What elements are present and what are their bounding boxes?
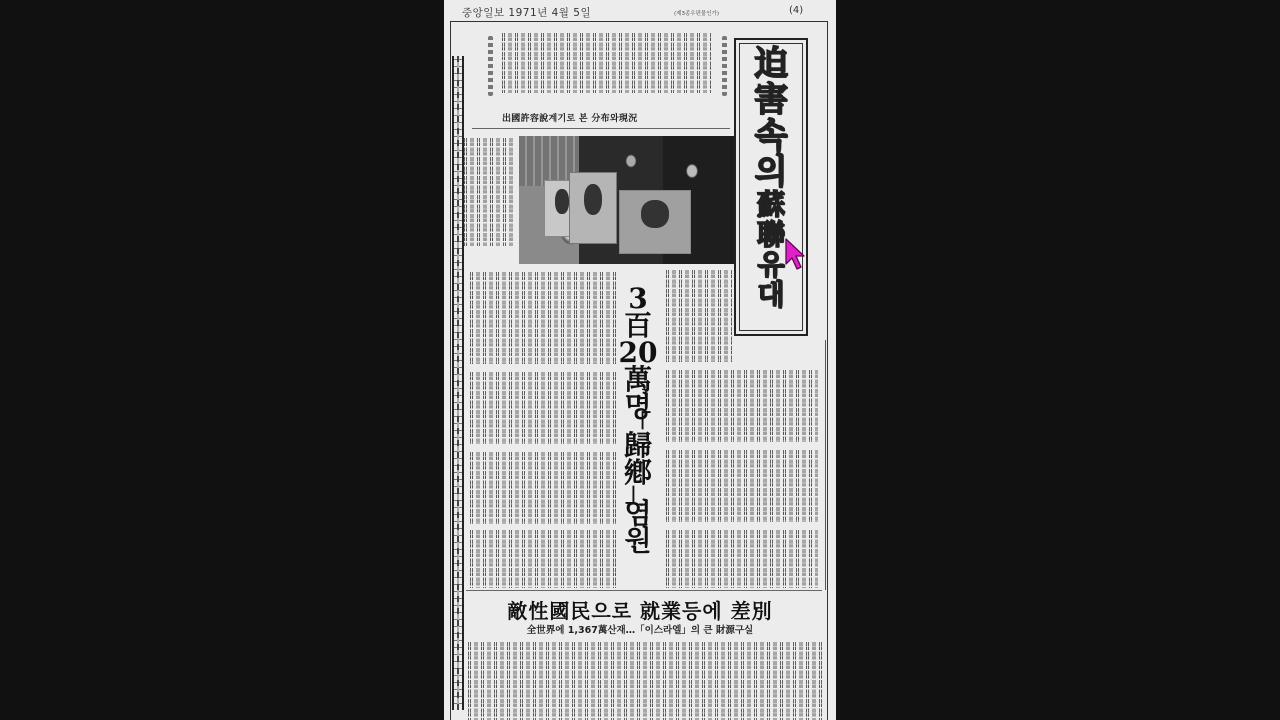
newspaper-page: 중앙일보 1971년 4월 5일 (제3종우편물인가) (4) 出國許容說계기로… <box>444 0 836 720</box>
masthead-title: 중앙일보 1971년 4월 5일 <box>462 5 591 20</box>
article-subhead: 出國許容說계기로 본 分布와現況 <box>502 111 638 124</box>
decorative-dots-right <box>722 36 727 96</box>
article-body <box>666 270 732 362</box>
divider <box>466 590 822 591</box>
headline-char: 의 <box>755 154 788 190</box>
article-body <box>470 272 618 364</box>
intro-paragraph <box>502 33 712 93</box>
section-subheadline: 全世界에 1,367萬산재…「이스라엘」의 큰 財源구실 <box>444 622 836 636</box>
headline-char: 3 <box>628 285 647 312</box>
article-body <box>470 530 618 588</box>
masthead: 중앙일보 1971년 4월 5일 (제3종우편물인가) (4) <box>444 0 836 22</box>
headline-char: 百 <box>624 312 652 339</box>
article-body <box>666 370 818 442</box>
photo-placard <box>569 172 617 244</box>
headline-char: 유 <box>757 250 784 280</box>
mouse-cursor-icon <box>785 238 809 272</box>
headline-char: 聯 <box>757 220 785 250</box>
headline-char: 害 <box>754 82 788 118</box>
headline-char: 원 <box>624 527 651 554</box>
headline-char: 萬 <box>624 366 652 393</box>
boxed-headline: 迫 害 속 의 蘇 聯 유 대 <box>734 38 808 336</box>
headline-char: 염 <box>624 500 651 527</box>
article-body <box>666 530 818 588</box>
decorative-dots-left <box>488 36 493 96</box>
column-rule <box>825 340 826 590</box>
headline-char: 20 <box>619 339 658 366</box>
page-number: (4) <box>789 5 803 16</box>
photo-caption <box>464 138 514 246</box>
headline-char: 속 <box>755 118 788 154</box>
headline-char: 迫 <box>754 46 788 82</box>
section-headline: 敵性國民으로 就業등에 差別 <box>444 595 836 624</box>
divider <box>472 128 730 129</box>
photo-placard <box>619 190 691 254</box>
article-body <box>470 452 618 524</box>
headline-char: 歸 <box>624 432 652 459</box>
article-body <box>468 642 824 720</box>
headline-char: 대 <box>757 280 784 310</box>
article-body <box>470 372 618 444</box>
headline-char: 蘇 <box>757 190 785 220</box>
article-body <box>666 450 818 522</box>
masthead-postal-note: (제3종우편물인가) <box>674 9 719 17</box>
main-vertical-headline: 3 百 20 萬 명 「 歸 鄕 」 염 원 <box>616 285 660 554</box>
